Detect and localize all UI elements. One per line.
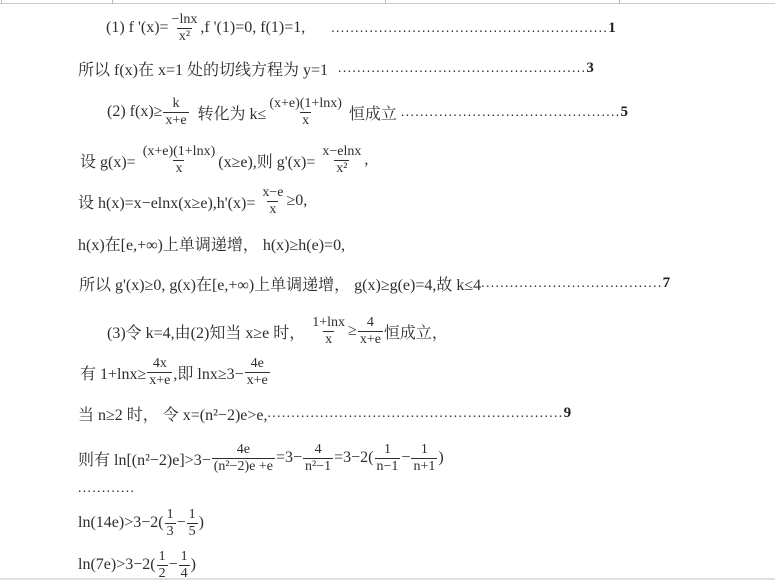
fraction-denominator: x+e bbox=[147, 372, 172, 389]
score-marker: 3 bbox=[586, 60, 594, 77]
math-text: ≥ bbox=[348, 322, 357, 340]
solution-line-13: ln(14e)>3−2( 13 − 15 ) bbox=[78, 503, 204, 543]
math-text: − bbox=[401, 449, 410, 467]
score-marker: 7 bbox=[663, 275, 671, 292]
document-page: (1) f '(x)= −lnxx² ,f '(1)=0, f(1)=1, ..… bbox=[0, 0, 775, 587]
fraction-denominator: 5 bbox=[187, 523, 198, 540]
fraction-denominator: (n²−2)e +e bbox=[212, 458, 275, 475]
fraction-denominator: x bbox=[173, 160, 184, 177]
fraction-numerator: 1 bbox=[157, 549, 168, 565]
fraction: 4ex+e bbox=[245, 356, 270, 388]
math-text: ) bbox=[199, 514, 204, 532]
fraction: (x+e)(1+lnx)x bbox=[141, 144, 218, 176]
fraction: 4n²−1 bbox=[303, 442, 333, 474]
dotted-leader: ...................................... bbox=[481, 275, 662, 291]
solution-line-1: (1) f '(x)= −lnxx² ,f '(1)=0, f(1)=1, ..… bbox=[106, 8, 616, 48]
fraction: 1n−1 bbox=[375, 442, 401, 474]
solution-line-11: 则有 ln[(n²−2)e]>3− 4e(n²−2)e +e =3− 4n²−1… bbox=[78, 438, 444, 478]
fraction-denominator: x+e bbox=[245, 372, 270, 389]
solution-line-2: 所以 f(x)在 x=1 处的切线方程为 y=1 ...............… bbox=[78, 58, 594, 78]
fraction: 13 bbox=[165, 507, 176, 539]
fraction: kx+e bbox=[163, 96, 188, 128]
fraction-numerator: (x+e)(1+lnx) bbox=[267, 96, 344, 112]
fraction-numerator: 1 bbox=[382, 442, 393, 458]
page-bottom-rule bbox=[0, 578, 775, 580]
fraction: 4x+e bbox=[358, 315, 383, 347]
fraction-numerator: 1 bbox=[179, 549, 190, 565]
fraction-denominator: n−1 bbox=[375, 458, 401, 475]
math-text: =3−2( bbox=[334, 449, 373, 467]
fraction-denominator: x+e bbox=[163, 112, 188, 129]
math-text: ,f '(1)=0, f(1)=1, bbox=[200, 19, 305, 37]
math-text: − bbox=[169, 556, 178, 574]
solution-line-7: 所以 g'(x)≥0, g(x)在[e,+∞)上单调递增， g(x)≥g(e)=… bbox=[79, 273, 670, 293]
math-text: 有 1+lnx≥ bbox=[80, 361, 146, 384]
table-border-tick bbox=[619, 0, 620, 4]
fraction-denominator: x² bbox=[334, 160, 349, 177]
dotted-leader: ........................................… bbox=[338, 60, 586, 76]
dotted-leader: ........................................… bbox=[268, 405, 564, 421]
fraction: (x+e)(1+lnx)x bbox=[267, 96, 344, 128]
math-text: h(x)在[e,+∞)上单调递增， h(x)≥h(e)=0, bbox=[78, 232, 345, 255]
fraction-denominator: x bbox=[323, 331, 334, 348]
math-text: (2) f(x)≥ bbox=[107, 103, 162, 121]
math-text: (3)令 k=4,由(2)知当 x≥e 时， bbox=[107, 320, 309, 343]
math-text: 所以 f(x)在 x=1 处的切线方程为 y=1 bbox=[78, 57, 328, 80]
fraction: 15 bbox=[187, 507, 198, 539]
math-text: ) bbox=[191, 556, 196, 574]
fraction: x−elnxx² bbox=[320, 144, 363, 176]
fraction-numerator: 4e bbox=[249, 356, 266, 372]
fraction-numerator: −lnx bbox=[170, 12, 200, 28]
fraction: 14 bbox=[179, 549, 190, 581]
solution-line-5: 设 h(x)=x−elnx(x≥e),h'(x)= x−ex ≥0, bbox=[78, 181, 307, 221]
fraction-denominator: n+1 bbox=[411, 458, 437, 475]
math-text: (x≥e),则 g'(x)= bbox=[218, 149, 319, 172]
fraction-numerator: x−elnx bbox=[320, 144, 363, 160]
fraction-numerator: (x+e)(1+lnx) bbox=[141, 144, 218, 160]
fraction-numerator: k bbox=[170, 96, 181, 112]
fraction-numerator: 1 bbox=[165, 507, 176, 523]
fraction: 1n+1 bbox=[411, 442, 437, 474]
solution-line-6: h(x)在[e,+∞)上单调递增， h(x)≥h(e)=0, bbox=[78, 233, 345, 253]
math-text: , bbox=[364, 151, 368, 169]
fraction-denominator: x bbox=[267, 201, 278, 218]
score-marker: 1 bbox=[608, 20, 616, 37]
score-marker: 9 bbox=[564, 405, 572, 422]
fraction: 4e(n²−2)e +e bbox=[212, 442, 275, 474]
fraction-denominator: x bbox=[300, 112, 311, 129]
fraction-numerator: 4 bbox=[365, 315, 376, 331]
fraction-numerator: x−e bbox=[260, 185, 285, 201]
table-border-remnant bbox=[0, 3, 775, 4]
math-text: 转化为 k≤ bbox=[190, 101, 267, 124]
fraction: 4xx+e bbox=[147, 356, 172, 388]
table-border-tick bbox=[1, 0, 2, 4]
score-marker: 5 bbox=[621, 104, 629, 121]
fraction: 12 bbox=[157, 549, 168, 581]
math-text: ) bbox=[438, 449, 443, 467]
math-text: 设 g(x)= bbox=[80, 149, 140, 172]
math-text: ≥0, bbox=[286, 192, 307, 210]
dotted-leader: ........................................… bbox=[331, 20, 608, 36]
math-text: 恒成立 bbox=[345, 101, 397, 124]
math-text: ,即 lnx≥3− bbox=[173, 361, 243, 384]
solution-line-4: 设 g(x)= (x+e)(1+lnx)x (x≥e),则 g'(x)= x−e… bbox=[80, 140, 368, 180]
fraction-denominator: x² bbox=[177, 28, 192, 45]
math-text: 设 h(x)=x−elnx(x≥e),h'(x)= bbox=[78, 190, 259, 213]
math-text: − bbox=[177, 514, 186, 532]
fraction: 1+lnxx bbox=[310, 315, 347, 347]
solution-line-8: (3)令 k=4,由(2)知当 x≥e 时， 1+lnxx ≥ 4x+e 恒成立… bbox=[107, 311, 448, 351]
solution-line-10: 当 n≥2 时， 令 x=(n²−2)e>e, ................… bbox=[78, 403, 571, 423]
dotted-leader: ........................................… bbox=[401, 104, 621, 120]
math-text: 则有 ln[(n²−2)e]>3− bbox=[78, 447, 211, 470]
math-text: (1) f '(x)= bbox=[106, 19, 169, 37]
fraction-denominator: 3 bbox=[165, 523, 176, 540]
fraction-numerator: 4e bbox=[235, 442, 252, 458]
dotted-leader: ............ bbox=[78, 480, 135, 496]
math-text: 恒成立， bbox=[384, 320, 448, 343]
fraction-numerator: 4 bbox=[313, 442, 324, 458]
math-text: ln(7e)>3−2( bbox=[78, 556, 156, 574]
ellipsis-line: ............ bbox=[78, 480, 135, 496]
fraction: x−ex bbox=[260, 185, 285, 217]
fraction-numerator: 1+lnx bbox=[310, 315, 347, 331]
fraction-numerator: 4x bbox=[151, 356, 169, 372]
fraction: −lnxx² bbox=[170, 12, 200, 44]
math-text: 当 n≥2 时， 令 x=(n²−2)e>e, bbox=[78, 402, 268, 425]
math-text: 所以 g'(x)≥0, g(x)在[e,+∞)上单调递增， g(x)≥g(e)=… bbox=[79, 272, 481, 295]
solution-line-9: 有 1+lnx≥ 4xx+e ,即 lnx≥3− 4ex+e bbox=[80, 352, 271, 392]
fraction-denominator: n²−1 bbox=[303, 458, 333, 475]
table-border-tick bbox=[112, 0, 113, 4]
table-border-tick bbox=[385, 0, 386, 4]
solution-line-3: (2) f(x)≥ kx+e 转化为 k≤ (x+e)(1+lnx)x 恒成立 … bbox=[107, 92, 628, 132]
fraction-numerator: 1 bbox=[187, 507, 198, 523]
math-text: ln(14e)>3−2( bbox=[78, 514, 164, 532]
math-text: =3− bbox=[276, 449, 302, 467]
fraction-numerator: 1 bbox=[419, 442, 430, 458]
fraction-denominator: x+e bbox=[358, 331, 383, 348]
